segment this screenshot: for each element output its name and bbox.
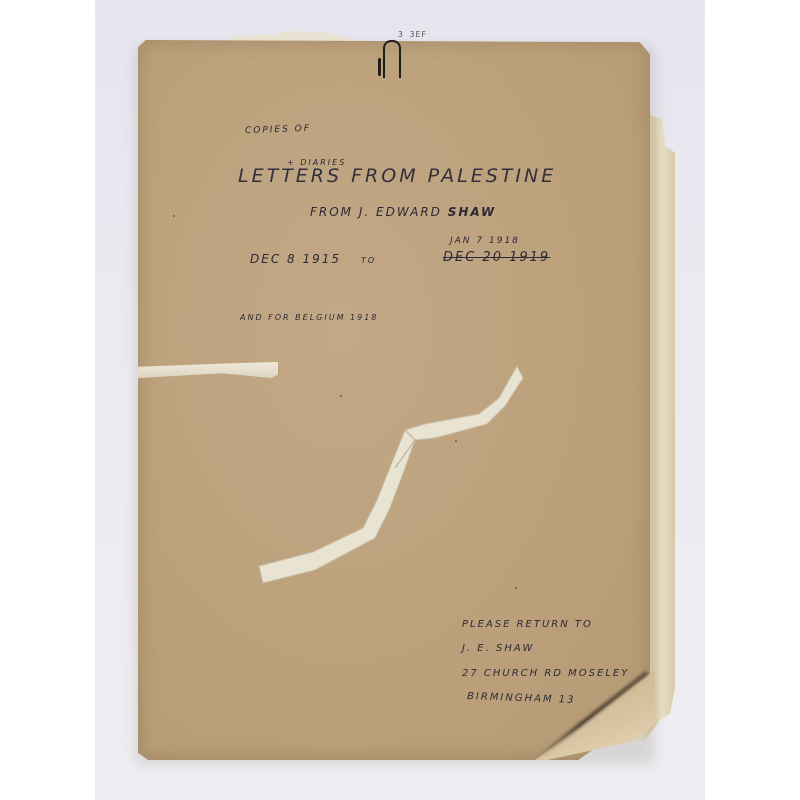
photo: 3 3EF Copies of + Diaries Letters From P…: [95, 0, 705, 800]
addendum-belgium: and for Belgium 1918: [240, 313, 378, 322]
speck: [515, 587, 517, 589]
date-end-corrected: Jan 7 1918: [450, 236, 520, 246]
ribbon-tie-right: [255, 358, 525, 588]
author-surname: Shaw: [448, 205, 497, 219]
date-to: to: [361, 256, 376, 265]
author-prefix: From J. Edward: [310, 205, 448, 219]
cover-title: Letters From Palestine: [238, 165, 556, 187]
paperclip-icon: [383, 40, 401, 78]
speck: [455, 440, 457, 442]
return-line-2: J. E. Shaw: [462, 643, 534, 654]
speck: [340, 395, 342, 397]
speck: [173, 215, 175, 217]
author-line: From J. Edward Shaw: [310, 205, 496, 219]
date-start: Dec 8 1915: [250, 252, 341, 266]
date-end-struck: Dec 20 1919: [443, 250, 550, 265]
tab-label: 3 3EF: [398, 30, 427, 39]
paperclip-inner-wire: [378, 58, 381, 76]
return-line-1: Please Return to: [462, 619, 593, 630]
return-line-3: 27 Church Rd Moseley: [462, 668, 629, 679]
